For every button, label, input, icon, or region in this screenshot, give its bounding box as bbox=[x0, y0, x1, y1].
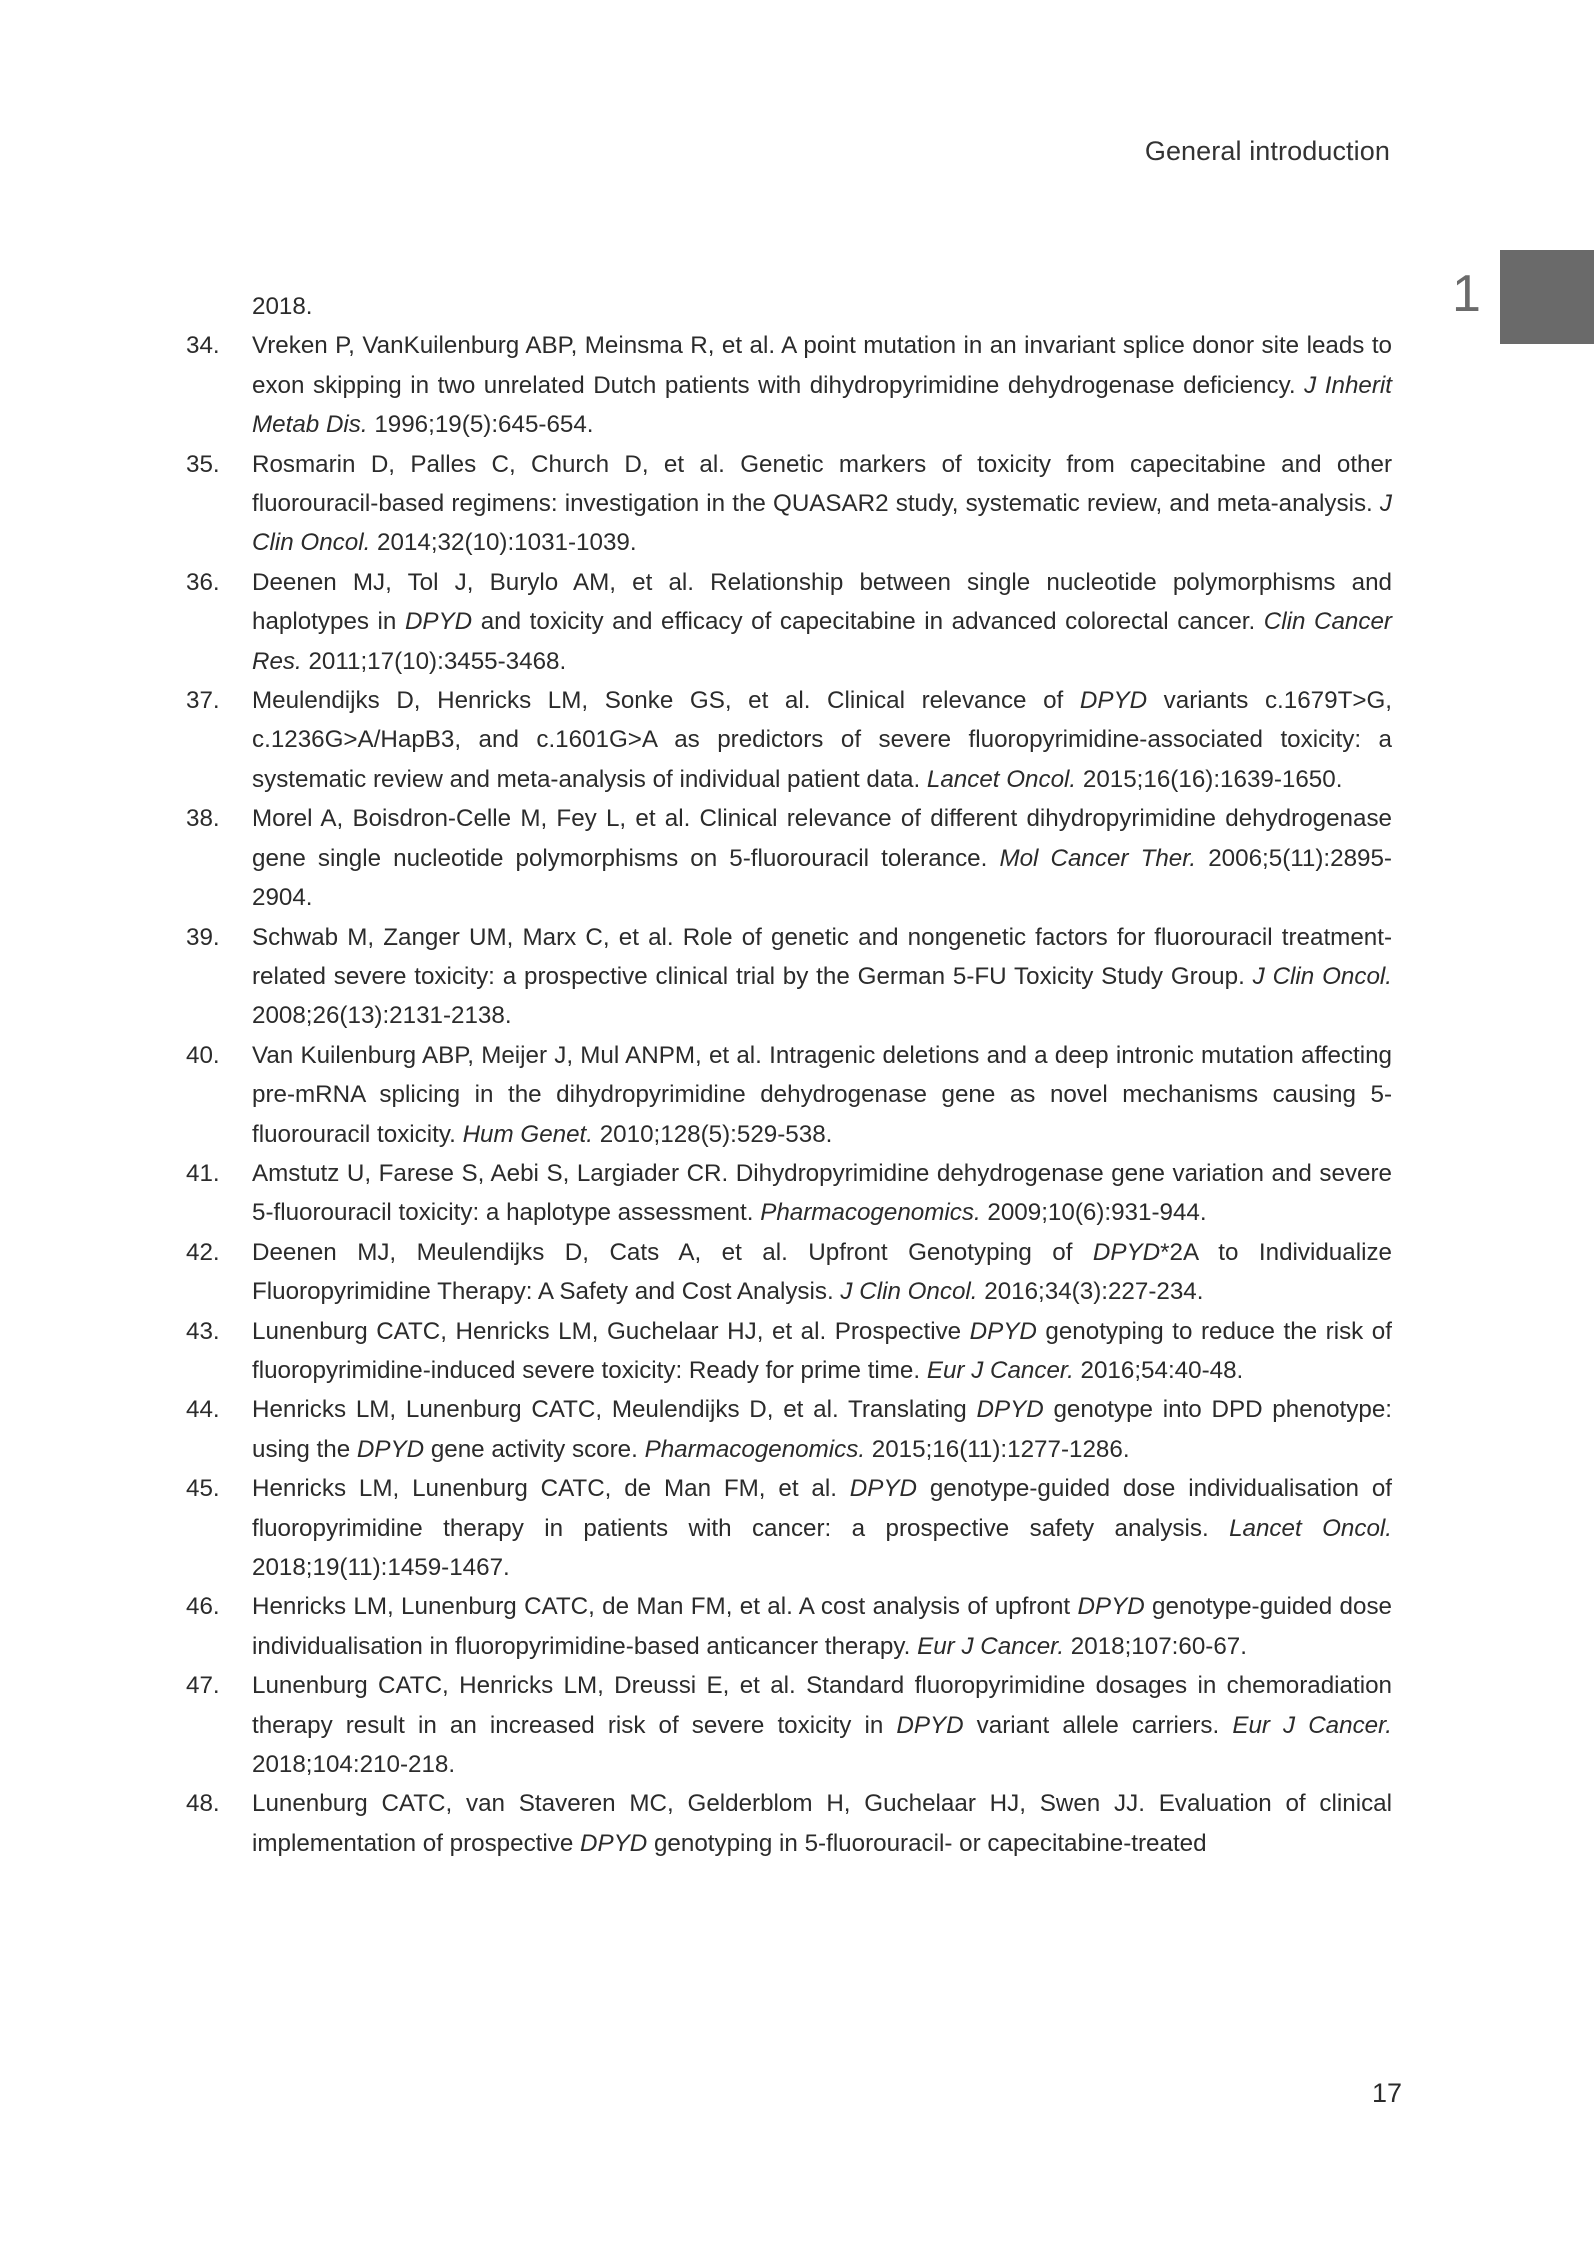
reference-segment: and toxicity and efficacy of capecitabin… bbox=[472, 608, 1264, 635]
reference-entry: 37. Meulendijks D, Henricks LM, Sonke GS… bbox=[186, 681, 1392, 799]
reference-entry: 41. Amstutz U, Farese S, Aebi S, Largiad… bbox=[186, 1154, 1392, 1233]
reference-text: Henricks LM, Lunenburg CATC, de Man FM, … bbox=[252, 1469, 1392, 1587]
reference-segment: 2018;19(11):1459-1467. bbox=[252, 1554, 510, 1581]
reference-segment: 2016;54:40-48. bbox=[1074, 1357, 1243, 1384]
reference-italic-segment: DPYD bbox=[1093, 1239, 1160, 1266]
reference-text: Henricks LM, Lunenburg CATC, Meulendijks… bbox=[252, 1390, 1392, 1469]
reference-entry: 43. Lunenburg CATC, Henricks LM, Guchela… bbox=[186, 1312, 1392, 1391]
reference-segment: 2014;32(10):1031-1039. bbox=[370, 529, 636, 556]
reference-text: Schwab M, Zanger UM, Marx C, et al. Role… bbox=[252, 918, 1392, 1036]
reference-number: 38. bbox=[186, 799, 252, 838]
reference-number: 39. bbox=[186, 918, 252, 957]
reference-entry: 35. Rosmarin D, Palles C, Church D, et a… bbox=[186, 445, 1392, 563]
reference-italic-segment: Lancet Oncol. bbox=[1229, 1515, 1392, 1542]
reference-number: 37. bbox=[186, 681, 252, 720]
reference-italic-segment: J Clin Oncol. bbox=[840, 1278, 977, 1305]
reference-number: 42. bbox=[186, 1233, 252, 1272]
reference-text: Henricks LM, Lunenburg CATC, de Man FM, … bbox=[252, 1587, 1392, 1666]
reference-text: Deenen MJ, Tol J, Burylo AM, et al. Rela… bbox=[252, 563, 1392, 681]
reference-segment: Lunenburg CATC, Henricks LM, Guchelaar H… bbox=[252, 1318, 970, 1345]
reference-segment: Henricks LM, Lunenburg CATC, Meulendijks… bbox=[252, 1396, 977, 1423]
reference-text: Lunenburg CATC, Henricks LM, Guchelaar H… bbox=[252, 1312, 1392, 1391]
reference-items: 34. Vreken P, VanKuilenburg ABP, Meinsma… bbox=[186, 326, 1392, 1863]
reference-continuation: 2018. bbox=[186, 287, 1392, 326]
reference-entry: 47. Lunenburg CATC, Henricks LM, Dreussi… bbox=[186, 1666, 1392, 1784]
reference-italic-segment: DPYD bbox=[970, 1318, 1037, 1345]
reference-segment: Vreken P, VanKuilenburg ABP, Meinsma R, … bbox=[252, 332, 1392, 398]
reference-number: 41. bbox=[186, 1154, 252, 1193]
reference-number: 36. bbox=[186, 563, 252, 602]
reference-italic-segment: Mol Cancer Ther. bbox=[999, 845, 1196, 872]
reference-segment: Meulendijks D, Henricks LM, Sonke GS, et… bbox=[252, 687, 1080, 714]
reference-list: 2018. 34. Vreken P, VanKuilenburg ABP, M… bbox=[186, 287, 1392, 1863]
reference-segment: variant allele carriers. bbox=[964, 1712, 1233, 1739]
reference-segment: Henricks LM, Lunenburg CATC, de Man FM, … bbox=[252, 1475, 850, 1502]
reference-number: 48. bbox=[186, 1784, 252, 1823]
reference-entry: 34. Vreken P, VanKuilenburg ABP, Meinsma… bbox=[186, 326, 1392, 444]
reference-italic-segment: Eur J Cancer. bbox=[1232, 1712, 1392, 1739]
reference-segment: 2015;16(11):1277-1286. bbox=[865, 1436, 1129, 1463]
reference-text: Lunenburg CATC, van Staveren MC, Gelderb… bbox=[252, 1784, 1392, 1863]
reference-entry: 38. Morel A, Boisdron-Celle M, Fey L, et… bbox=[186, 799, 1392, 917]
reference-number: 46. bbox=[186, 1587, 252, 1626]
reference-text: Van Kuilenburg ABP, Meijer J, Mul ANPM, … bbox=[252, 1036, 1392, 1154]
reference-entry: 48. Lunenburg CATC, van Staveren MC, Gel… bbox=[186, 1784, 1392, 1863]
reference-italic-segment: DPYD bbox=[580, 1830, 647, 1857]
reference-segment: 2008;26(13):2131-2138. bbox=[252, 1002, 512, 1029]
reference-text: Lunenburg CATC, Henricks LM, Dreussi E, … bbox=[252, 1666, 1392, 1784]
reference-segment: 2009;10(6):931-944. bbox=[981, 1199, 1207, 1226]
reference-segment: 1996;19(5):645-654. bbox=[368, 411, 594, 438]
reference-number: 45. bbox=[186, 1469, 252, 1508]
running-header-title: General introduction bbox=[1145, 136, 1390, 167]
reference-text: Amstutz U, Farese S, Aebi S, Largiader C… bbox=[252, 1154, 1392, 1233]
reference-entry: 45. Henricks LM, Lunenburg CATC, de Man … bbox=[186, 1469, 1392, 1587]
chapter-number: 1 bbox=[1452, 268, 1481, 320]
reference-italic-segment: J Clin Oncol. bbox=[1253, 963, 1392, 990]
reference-segment: 2016;34(3):227-234. bbox=[978, 1278, 1204, 1305]
reference-segment: 2010;128(5):529-538. bbox=[593, 1121, 832, 1148]
reference-italic-segment: DPYD bbox=[357, 1436, 424, 1463]
reference-italic-segment: DPYD bbox=[405, 608, 472, 635]
reference-entry: 36. Deenen MJ, Tol J, Burylo AM, et al. … bbox=[186, 563, 1392, 681]
reference-segment: 2018;104:210-218. bbox=[252, 1751, 455, 1778]
reference-number: 35. bbox=[186, 445, 252, 484]
reference-number: 44. bbox=[186, 1390, 252, 1429]
reference-segment: Rosmarin D, Palles C, Church D, et al. G… bbox=[252, 451, 1392, 517]
reference-number: 40. bbox=[186, 1036, 252, 1075]
chapter-tab-marker bbox=[1500, 250, 1594, 344]
reference-italic-segment: Pharmacogenomics. bbox=[760, 1199, 980, 1226]
reference-entry: 46. Henricks LM, Lunenburg CATC, de Man … bbox=[186, 1587, 1392, 1666]
reference-segment: Deenen MJ, Meulendijks D, Cats A, et al.… bbox=[252, 1239, 1093, 1266]
reference-text: Rosmarin D, Palles C, Church D, et al. G… bbox=[252, 445, 1392, 563]
reference-text: Meulendijks D, Henricks LM, Sonke GS, et… bbox=[252, 681, 1392, 799]
reference-italic-segment: DPYD bbox=[1080, 687, 1147, 714]
reference-entry: 42. Deenen MJ, Meulendijks D, Cats A, et… bbox=[186, 1233, 1392, 1312]
reference-segment: 2015;16(16):1639-1650. bbox=[1076, 766, 1342, 793]
reference-italic-segment: Pharmacogenomics. bbox=[645, 1436, 865, 1463]
reference-entry: 39. Schwab M, Zanger UM, Marx C, et al. … bbox=[186, 918, 1392, 1036]
reference-entry: 40. Van Kuilenburg ABP, Meijer J, Mul AN… bbox=[186, 1036, 1392, 1154]
reference-italic-segment: DPYD bbox=[896, 1712, 963, 1739]
reference-text: Morel A, Boisdron-Celle M, Fey L, et al.… bbox=[252, 799, 1392, 917]
reference-segment: 2018;107:60-67. bbox=[1064, 1633, 1247, 1660]
page-number: 17 bbox=[1372, 2078, 1402, 2109]
reference-italic-segment: DPYD bbox=[1077, 1593, 1144, 1620]
reference-italic-segment: DPYD bbox=[977, 1396, 1044, 1423]
reference-text: Deenen MJ, Meulendijks D, Cats A, et al.… bbox=[252, 1233, 1392, 1312]
reference-italic-segment: Eur J Cancer. bbox=[917, 1633, 1064, 1660]
reference-text: Vreken P, VanKuilenburg ABP, Meinsma R, … bbox=[252, 326, 1392, 444]
reference-number: 43. bbox=[186, 1312, 252, 1351]
reference-italic-segment: DPYD bbox=[850, 1475, 917, 1502]
reference-segment: Henricks LM, Lunenburg CATC, de Man FM, … bbox=[252, 1593, 1077, 1620]
reference-italic-segment: Hum Genet. bbox=[463, 1121, 593, 1148]
reference-entry: 44. Henricks LM, Lunenburg CATC, Meulend… bbox=[186, 1390, 1392, 1469]
reference-italic-segment: Lancet Oncol. bbox=[927, 766, 1076, 793]
reference-number: 47. bbox=[186, 1666, 252, 1705]
reference-segment: gene activity score. bbox=[424, 1436, 644, 1463]
reference-number: 34. bbox=[186, 326, 252, 365]
reference-italic-segment: Eur J Cancer. bbox=[927, 1357, 1074, 1384]
reference-segment: 2011;17(10):3455-3468. bbox=[302, 648, 566, 675]
reference-segment: Schwab M, Zanger UM, Marx C, et al. Role… bbox=[252, 924, 1392, 990]
reference-segment: genotyping in 5-fluorouracil- or capecit… bbox=[647, 1830, 1206, 1857]
